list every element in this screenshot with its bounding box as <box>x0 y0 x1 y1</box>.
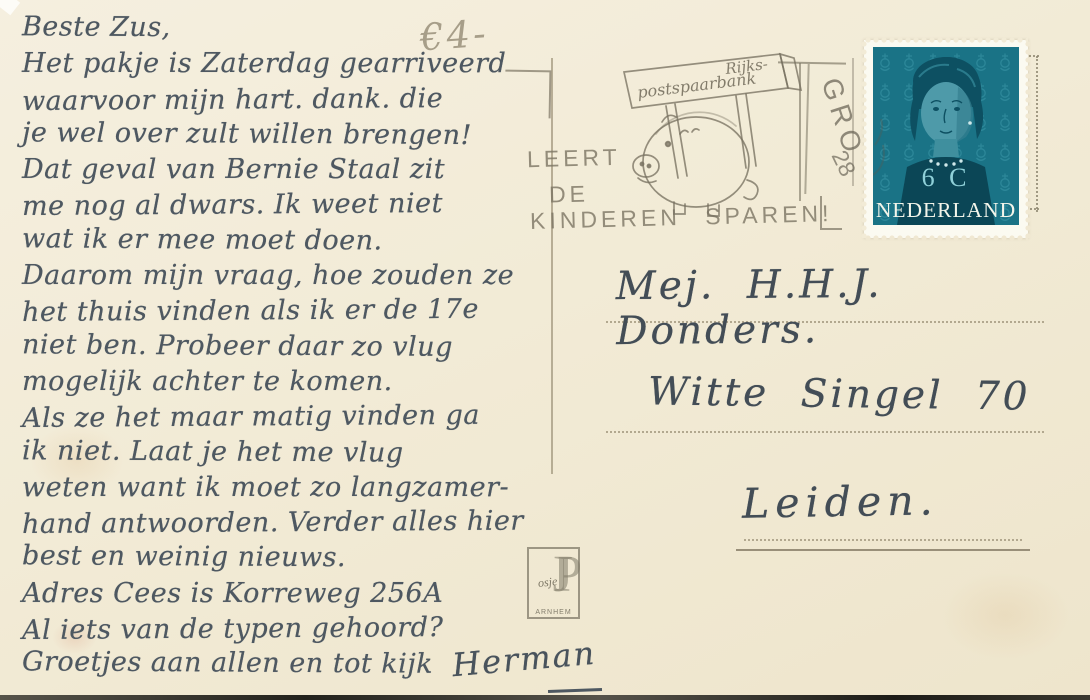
message-line: wat ik er mee moet doen. <box>22 221 592 260</box>
signature-flourish <box>548 688 602 692</box>
message-line: Beste Zus, <box>22 9 592 48</box>
message-line: weten want ik moet zo langzamer- <box>22 470 592 505</box>
stamp-design: 6 C NEDERLAND <box>873 47 1019 225</box>
message-line: me nog al dwars. Ik weet niet <box>22 185 592 224</box>
message-line: hand antwoorden. Verder alles hier <box>22 503 592 542</box>
message-line: mogelijk achter te komen. <box>22 364 592 399</box>
dealer-price-pencil-mark: €4- <box>419 12 490 60</box>
cancel-banner-text: postspaarbank <box>636 69 757 102</box>
scan-edge <box>0 695 1090 700</box>
address-rule-line <box>736 549 1030 551</box>
address-city: Leiden. <box>742 476 939 527</box>
message-line: best en weinig nieuws. <box>22 539 592 578</box>
address-street: Witte Singel 70 <box>648 369 1031 419</box>
address-recipient: Mej. H.H.J. Donders. <box>616 260 1090 354</box>
message-line: Als ze het maar matig vinden ga <box>22 397 592 436</box>
postcard-back: Beste Zus,Het pakje is Zaterdag gearrive… <box>0 0 1090 700</box>
message-line: Het pakje is Zaterdag gearriveerd <box>22 46 592 81</box>
address-dotted-line <box>606 431 1044 433</box>
stamp-denomination: 6 C <box>873 163 1019 193</box>
message-line: waarvoor mijn hart. dank. die <box>22 80 592 119</box>
message-line: niet ben. Probeer daar zo vlug <box>22 327 592 366</box>
stamp-country: NEDERLAND <box>873 198 1019 223</box>
handwritten-message: Beste Zus,Het pakje is Zaterdag gearrive… <box>22 11 592 682</box>
stamp-perforation <box>864 235 1028 241</box>
piggy-bank-cancel-illustration: Rijks- postspaarbank <box>608 50 823 220</box>
stamp-perforation <box>1025 40 1031 238</box>
scan-corner <box>0 0 20 15</box>
message-line: Daarom mijn vraag, hoe zouden ze <box>22 258 592 293</box>
message-line: Adres Cees is Korreweg 256A <box>22 576 592 611</box>
message-line: ik niet. Laat je het me vlug <box>22 433 592 472</box>
message-line: het thuis vinden als ik er de 17e <box>22 291 592 330</box>
message-line: je wel over zult willen brengen! <box>22 115 592 154</box>
postage-stamp: 6 C NEDERLAND <box>864 40 1028 238</box>
sheet-perforation-dots <box>1036 56 1038 212</box>
cancel-frame-corner <box>820 196 842 230</box>
message-line: Dat geval van Bernie Staal zit <box>22 152 592 187</box>
address-dotted-line <box>744 539 1022 541</box>
stamp-perforation <box>864 37 1028 43</box>
paper-stain <box>940 570 1070 660</box>
